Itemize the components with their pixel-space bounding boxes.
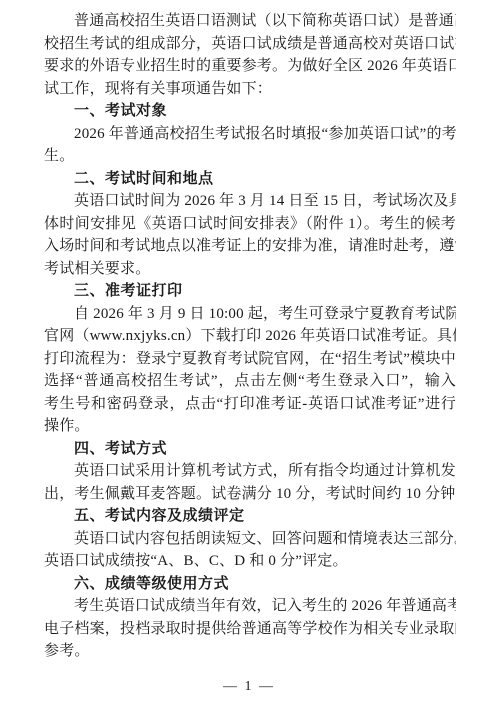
document-line: 入场时间和考试地点以准考证上的安排为准，请准时赴考，遵守	[44, 235, 456, 258]
document-line: 普通高校招生英语口语测试（以下简称英语口试）是普通高	[44, 10, 456, 33]
document-line: 打印流程为：登录宁夏教育考试院官网，在“招生考试”模块中	[44, 348, 456, 371]
document-line: 官网（www.nxjyks.cn）下载打印 2026 年英语口试准考证。具体	[44, 325, 456, 348]
section-heading: 四、考试方式	[44, 438, 456, 461]
document-line: 英语口试时间为 2026 年 3 月 14 日至 15 日，考试场次及具	[44, 190, 456, 213]
document-line: 自 2026 年 3 月 9 日 10:00 起，考生可登录宁夏教育考试院	[44, 303, 456, 326]
page-footer: — 1 —	[0, 677, 498, 695]
document-body: 普通高校招生英语口语测试（以下简称英语口试）是普通高校招生考试的组成部分，英语口…	[44, 10, 456, 663]
document-line: 考生英语口试成绩当年有效，记入考生的 2026 年普通高考	[44, 595, 456, 618]
document-line: 选择“普通高校招生考试”，点击左侧“考生登录入口”，输入	[44, 370, 456, 393]
section-heading: 二、考试时间和地点	[44, 168, 456, 191]
document-line: 要求的外语专业招生时的重要参考。为做好全区 2026 年英语口	[44, 55, 456, 78]
document-line: 生。	[44, 145, 456, 168]
document-line: 英语口试采用计算机考试方式，所有指令均通过计算机发	[44, 460, 456, 483]
section-heading: 五、考试内容及成绩评定	[44, 505, 456, 528]
document-line: 英语口试内容包括朗读短文、回答问题和情境表达三部分。	[44, 528, 456, 551]
document-line: 出，考生佩戴耳麦答题。试卷满分 10 分，考试时间约 10 分钟。	[44, 483, 456, 506]
document-line: 试工作，现将有关事项通告如下：	[44, 78, 456, 101]
document-line: 考生号和密码登录，点击“打印准考证-英语口试准考证”进行	[44, 393, 456, 416]
document-line: 操作。	[44, 415, 456, 438]
document-line: 英语口试成绩按“A、B、C、D 和 0 分”评定。	[44, 550, 456, 573]
document-line: 2026 年普通高校招生考试报名时填报“参加英语口试”的考	[44, 123, 456, 146]
section-heading: 六、成绩等级使用方式	[44, 573, 456, 596]
document-line: 考试相关要求。	[44, 258, 456, 281]
document-page: 普通高校招生英语口语测试（以下简称英语口试）是普通高校招生考试的组成部分，英语口…	[0, 0, 498, 712]
section-heading: 一、考试对象	[44, 100, 456, 123]
page-number: — 1 —	[223, 679, 275, 695]
section-heading: 三、准考证打印	[44, 280, 456, 303]
document-line: 电子档案，投档录取时提供给普通高等学校作为相关专业录取的	[44, 618, 456, 641]
document-line: 参考。	[44, 640, 456, 663]
document-line: 校招生考试的组成部分，英语口试成绩是普通高校对英语口试有	[44, 33, 456, 56]
document-line: 体时间安排见《英语口试时间安排表》（附件 1）。考生的候考	[44, 213, 456, 236]
